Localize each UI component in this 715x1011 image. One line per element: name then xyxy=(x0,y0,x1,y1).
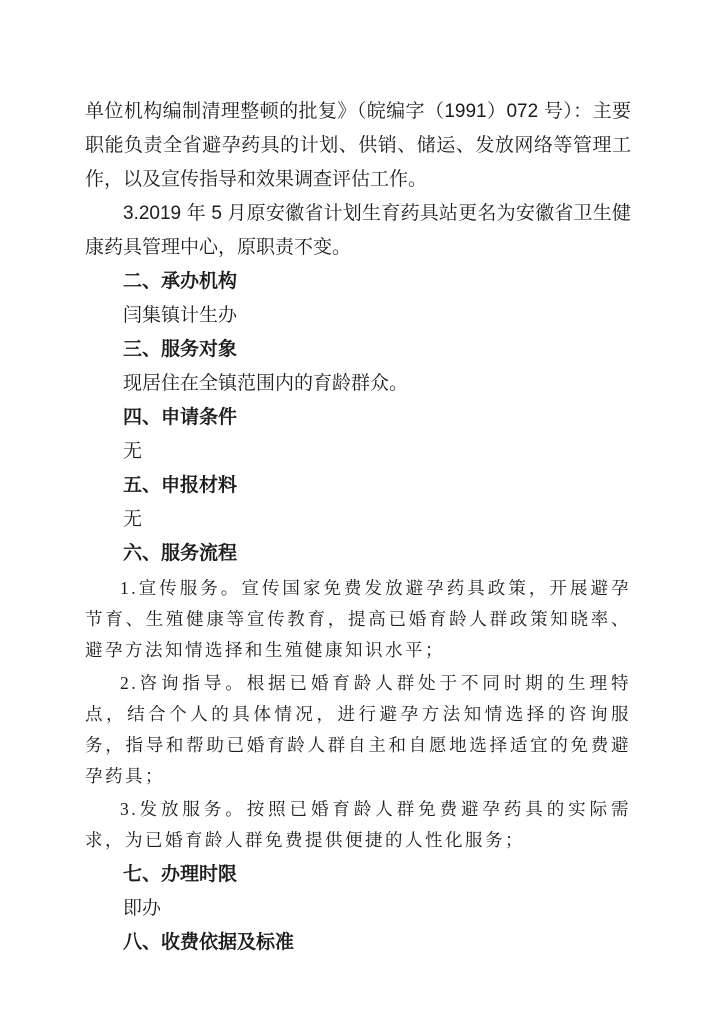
paragraph: 3.2019 年 5 月原安徽省计划生育药具站更名为安徽省卫生健康药具管理中心，… xyxy=(85,197,631,265)
section-heading: 三、服务对象 xyxy=(85,333,631,367)
section-heading: 四、申请条件 xyxy=(85,401,631,435)
paragraph: 无 xyxy=(85,503,631,537)
document-page: 单位机构编制清理整顿的批复》（皖编字（1991）072 号）：主要职能负责全省避… xyxy=(0,0,715,1011)
section-heading: 七、办理时限 xyxy=(85,858,631,892)
paragraph: 单位机构编制清理整顿的批复》（皖编字（1991）072 号）：主要职能负责全省避… xyxy=(85,95,631,197)
section-heading: 八、收费依据及标准 xyxy=(85,926,631,960)
paragraph: 现居住在全镇范围内的育龄群众。 xyxy=(85,367,631,401)
section-heading: 二、承办机构 xyxy=(85,265,631,299)
paragraph: 1.宣传服务。宣传国家免费发放避孕药具政策，开展避孕节育、生殖健康等宣传教育，提… xyxy=(85,573,631,666)
section-heading: 五、申报材料 xyxy=(85,469,631,503)
paragraph: 无 xyxy=(85,435,631,469)
paragraph: 2.咨询指导。根据已婚育龄人群处于不同时期的生理特点，结合个人的具体情况，进行避… xyxy=(85,668,631,792)
section-heading: 六、服务流程 xyxy=(85,537,631,571)
paragraph: 即办 xyxy=(85,892,631,926)
document-content: 单位机构编制清理整顿的批复》（皖编字（1991）072 号）：主要职能负责全省避… xyxy=(85,95,631,960)
paragraph: 3.发放服务。按照已婚育龄人群免费避孕药具的实际需求，为已婚育龄人群免费提供便捷… xyxy=(85,794,631,856)
paragraph: 闫集镇计生办 xyxy=(85,299,631,333)
